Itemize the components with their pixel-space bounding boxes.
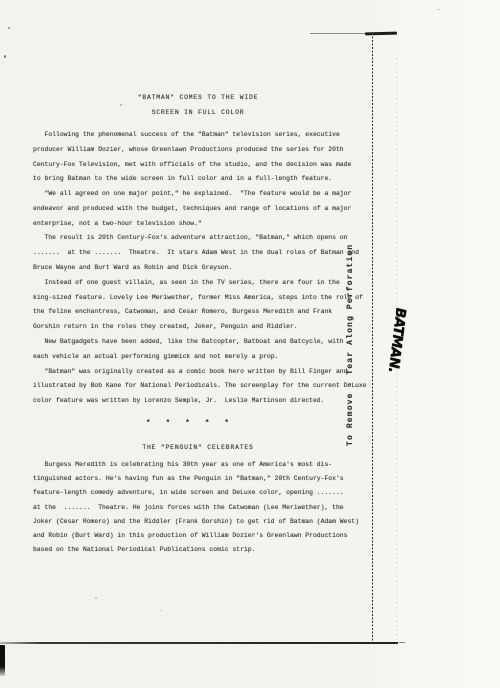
article2-body: Burgess Meredith is celebrating his 30th… bbox=[33, 458, 373, 557]
text-line: illustrated by Bob Kane for National Per… bbox=[33, 379, 373, 394]
batman-stamp: BATMAN. bbox=[385, 306, 409, 374]
text-line: ....... at the ....... Theatre. It stars… bbox=[33, 246, 373, 261]
text-line: to bring Batman to the wide screen in fu… bbox=[33, 172, 373, 187]
article1-body: Following the phenomenal success of the … bbox=[33, 128, 373, 409]
section-separator: * * * * * bbox=[20, 419, 356, 428]
text-line: "Batman" was originally created as a com… bbox=[33, 365, 373, 380]
paper-speck bbox=[437, 9, 440, 10]
page-border-bottom-dash bbox=[399, 642, 405, 643]
article2-title: THE "PENGUIN" CELEBRATES bbox=[30, 443, 366, 453]
text-line: and Robin (Burt Ward) in this production… bbox=[33, 529, 373, 543]
page-border-top-thick bbox=[365, 31, 397, 34]
binding-edge-mark bbox=[0, 645, 5, 676]
text-line: based on the National Periodical Publica… bbox=[33, 543, 373, 557]
article1-title: "BATMAN" COMES TO THE WIDE SCREEN IN FUL… bbox=[30, 90, 366, 120]
text-line: New Batgadgets have been added, like the… bbox=[33, 335, 373, 350]
text-line: enterprise, not a two-hour television sh… bbox=[33, 217, 373, 232]
paper-speck bbox=[160, 610, 162, 611]
text-line: producer William Dozier, whose Greenlawn… bbox=[33, 143, 373, 158]
text-line: Gorshin return in the roles they created… bbox=[33, 320, 373, 335]
text-line: each vehicle an actual performing gimmic… bbox=[33, 350, 373, 365]
paper-speck bbox=[8, 27, 10, 29]
text-line: color feature was written by Lorenzo Sem… bbox=[33, 394, 373, 409]
text-line: the feline enchantress, Catwoman, and Ce… bbox=[33, 305, 373, 320]
text-line: tinguished actors. He's having fun as th… bbox=[33, 472, 373, 486]
text-line: endeavor and produced with the budget, t… bbox=[33, 202, 373, 217]
text-line: Bruce Wayne and Burt Ward as Robin and D… bbox=[33, 261, 373, 276]
text-line: The result is 20th Century-Fox's adventu… bbox=[33, 231, 373, 246]
paper-speck bbox=[95, 597, 97, 599]
paper-speck bbox=[4, 55, 7, 58]
text-line: Burgess Meredith is celebrating his 30th… bbox=[33, 458, 373, 472]
article1-title-line2: SCREEN IN FULL COLOR bbox=[30, 105, 366, 120]
page-border-top-thin bbox=[310, 33, 372, 34]
article1-title-line1: "BATMAN" COMES TO THE WIDE bbox=[30, 90, 366, 105]
text-line: feature-length comedy adventure, in wide… bbox=[33, 486, 373, 500]
text-line: Century-Fox Television, met with officia… bbox=[33, 158, 373, 173]
text-line: Instead of one guest villain, as seen in… bbox=[33, 276, 373, 291]
text-line: king-sized feature. Lovely Lee Meriwethe… bbox=[33, 291, 373, 306]
page-border-bottom bbox=[0, 642, 398, 644]
text-line: Joker (Cesar Romero) and the Riddler (Fr… bbox=[33, 515, 373, 529]
text-line: at the ....... Theatre. He joins forces … bbox=[33, 501, 373, 515]
paper-speck bbox=[120, 104, 122, 106]
text-line: "We all agreed on one major point," he e… bbox=[33, 187, 373, 202]
text-line: Following the phenomenal success of the … bbox=[33, 128, 373, 143]
